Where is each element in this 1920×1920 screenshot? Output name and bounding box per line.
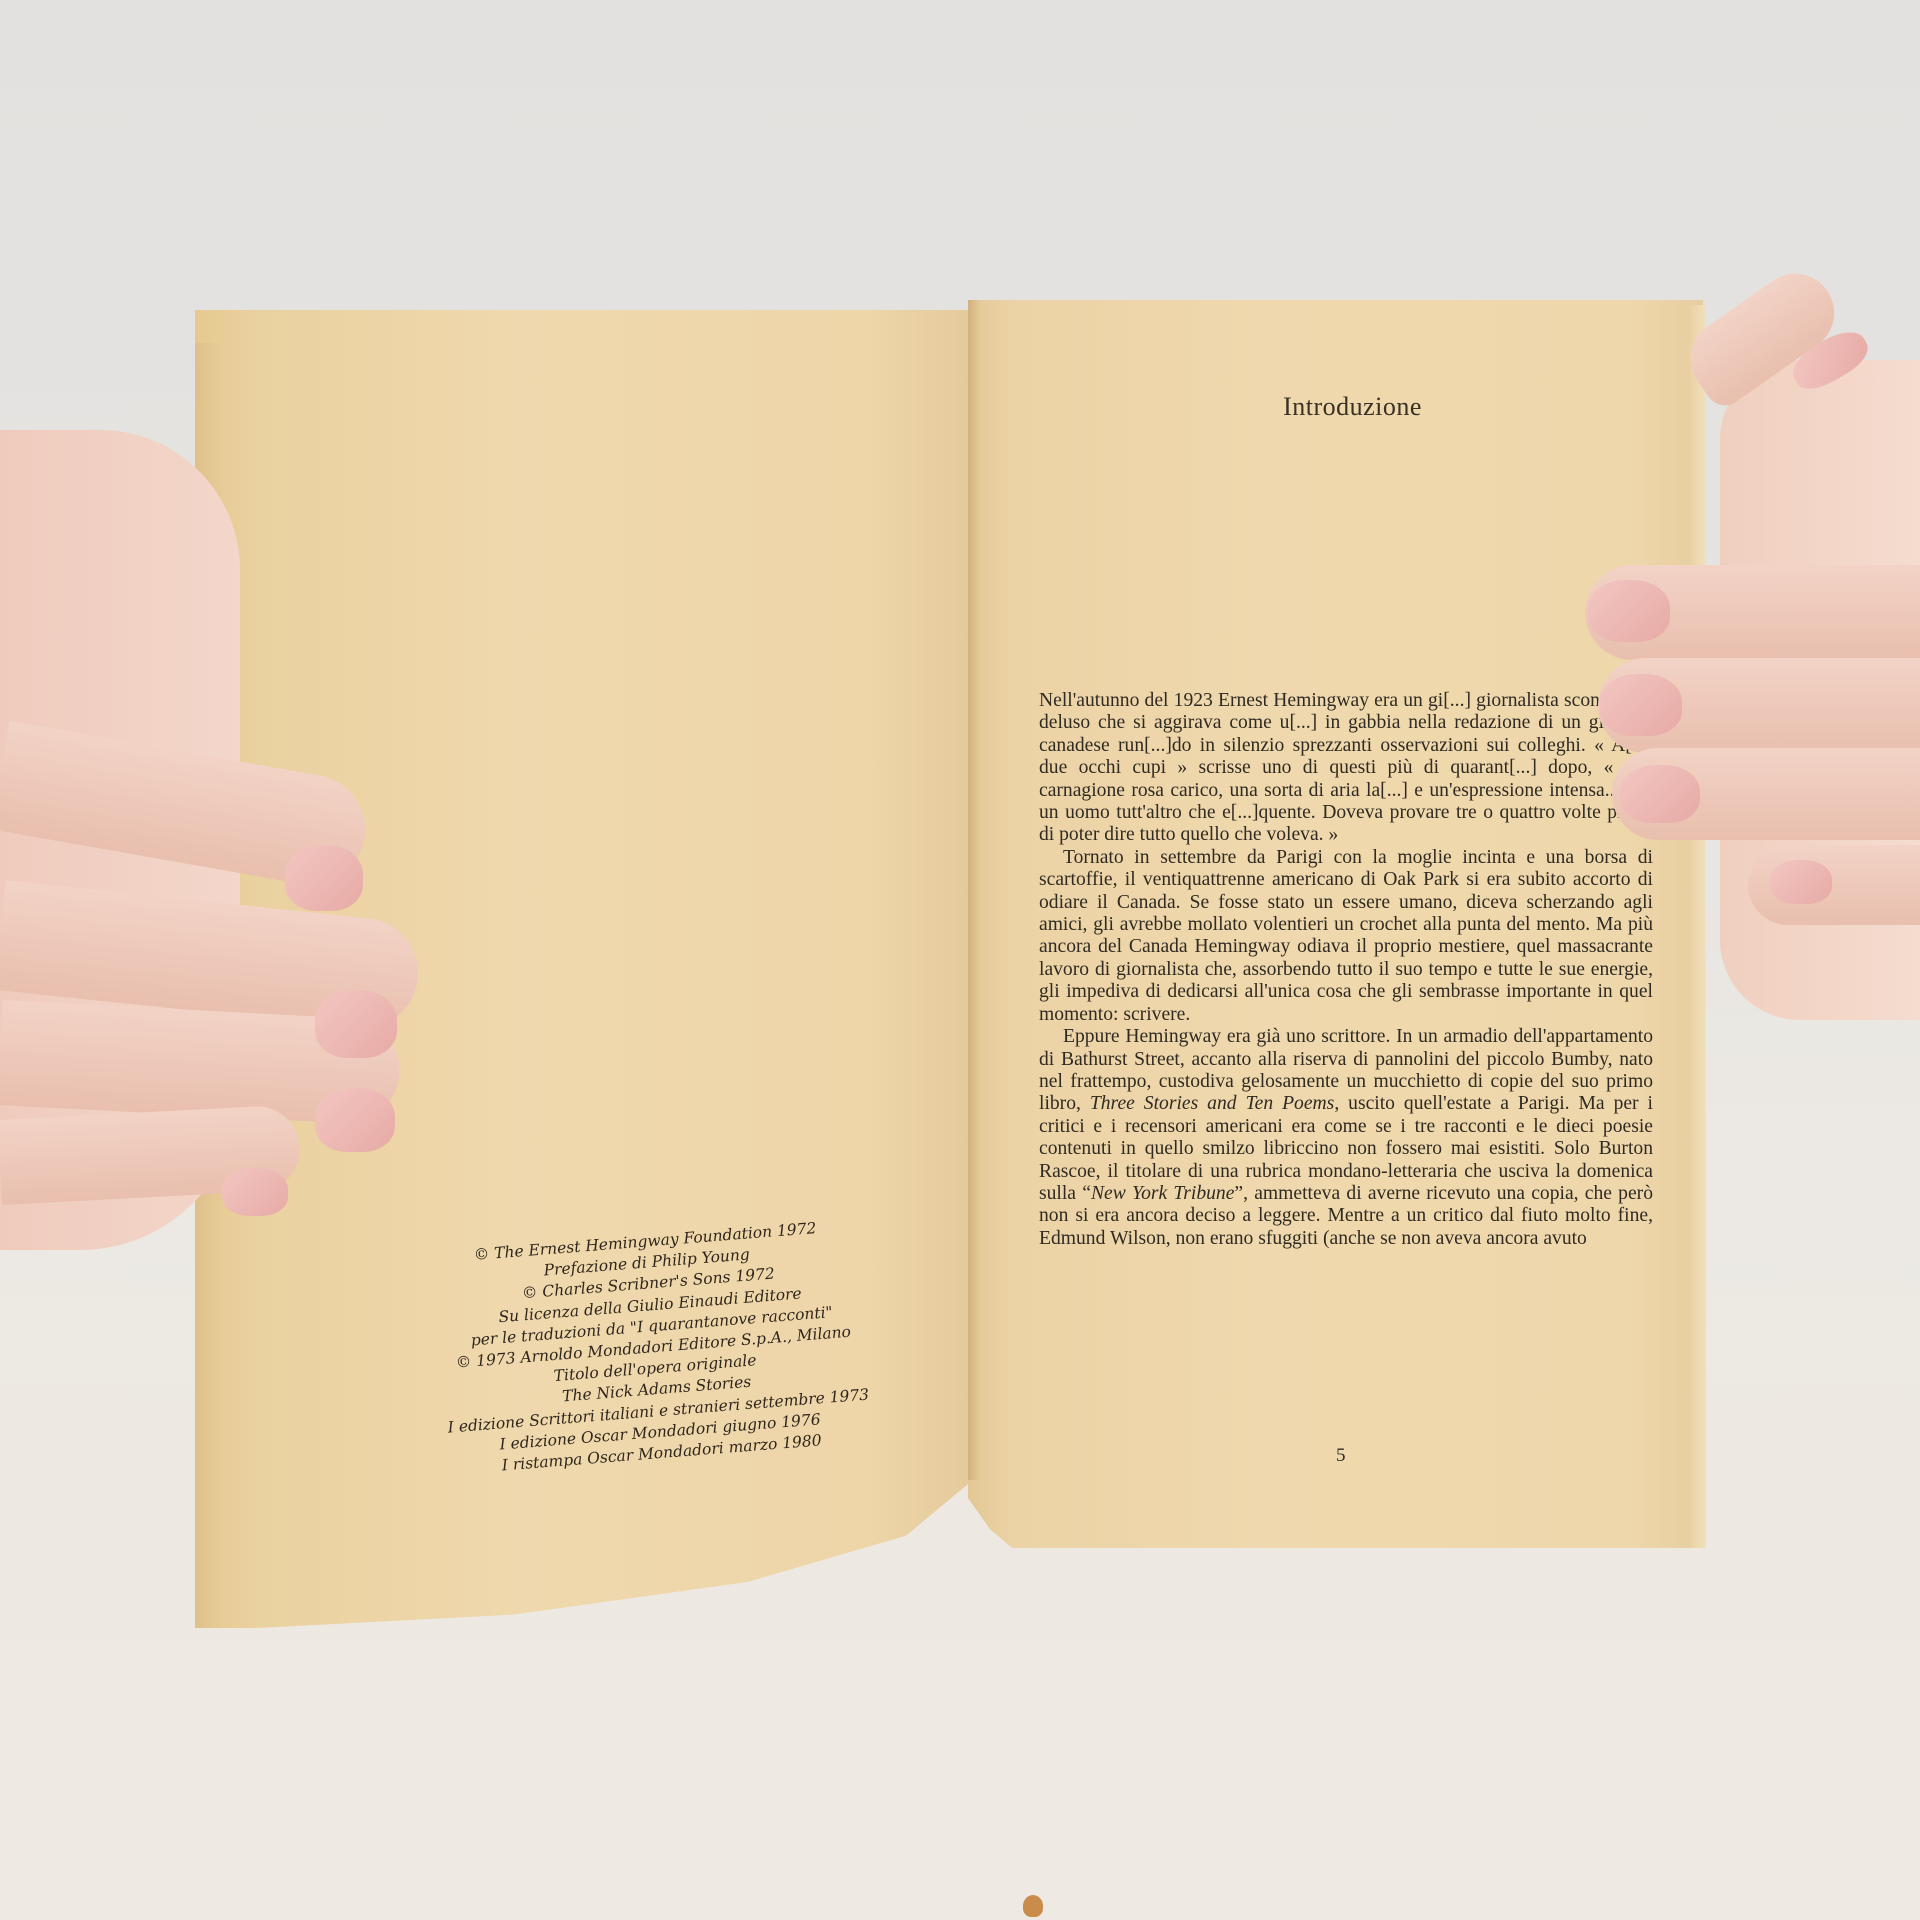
right-page-edge — [1690, 305, 1706, 1548]
fingernail — [285, 845, 363, 911]
crumb-on-table — [1023, 1895, 1043, 1917]
book-gutter — [968, 300, 980, 1480]
fingernail — [1600, 674, 1682, 736]
fingernail — [1588, 580, 1670, 642]
chapter-heading: Introduzione — [1200, 392, 1505, 422]
fingernail — [1770, 860, 1832, 904]
page-number: 5 — [1336, 1445, 1346, 1467]
paragraph-3: Eppure Hemingway era già uno scrittore. … — [1039, 1026, 1653, 1250]
introduction-body: Nell'autunno del 1923 Ernest Hemingway e… — [1039, 690, 1653, 1250]
fingernail — [315, 1088, 395, 1152]
copyright-notice: © The Ernest Hemingway Foundation 1972 P… — [410, 1213, 897, 1482]
paragraph-2: Tornato in settembre da Parigi con la mo… — [1039, 847, 1653, 1026]
fingernail — [315, 990, 397, 1058]
newspaper-title: New York Tribune — [1091, 1183, 1234, 1204]
book-title: Three Stories and Ten Poems — [1090, 1093, 1334, 1114]
fingernail — [222, 1168, 288, 1216]
paragraph-1: Nell'autunno del 1923 Ernest Hemingway e… — [1039, 690, 1653, 847]
fingernail — [1620, 765, 1700, 823]
